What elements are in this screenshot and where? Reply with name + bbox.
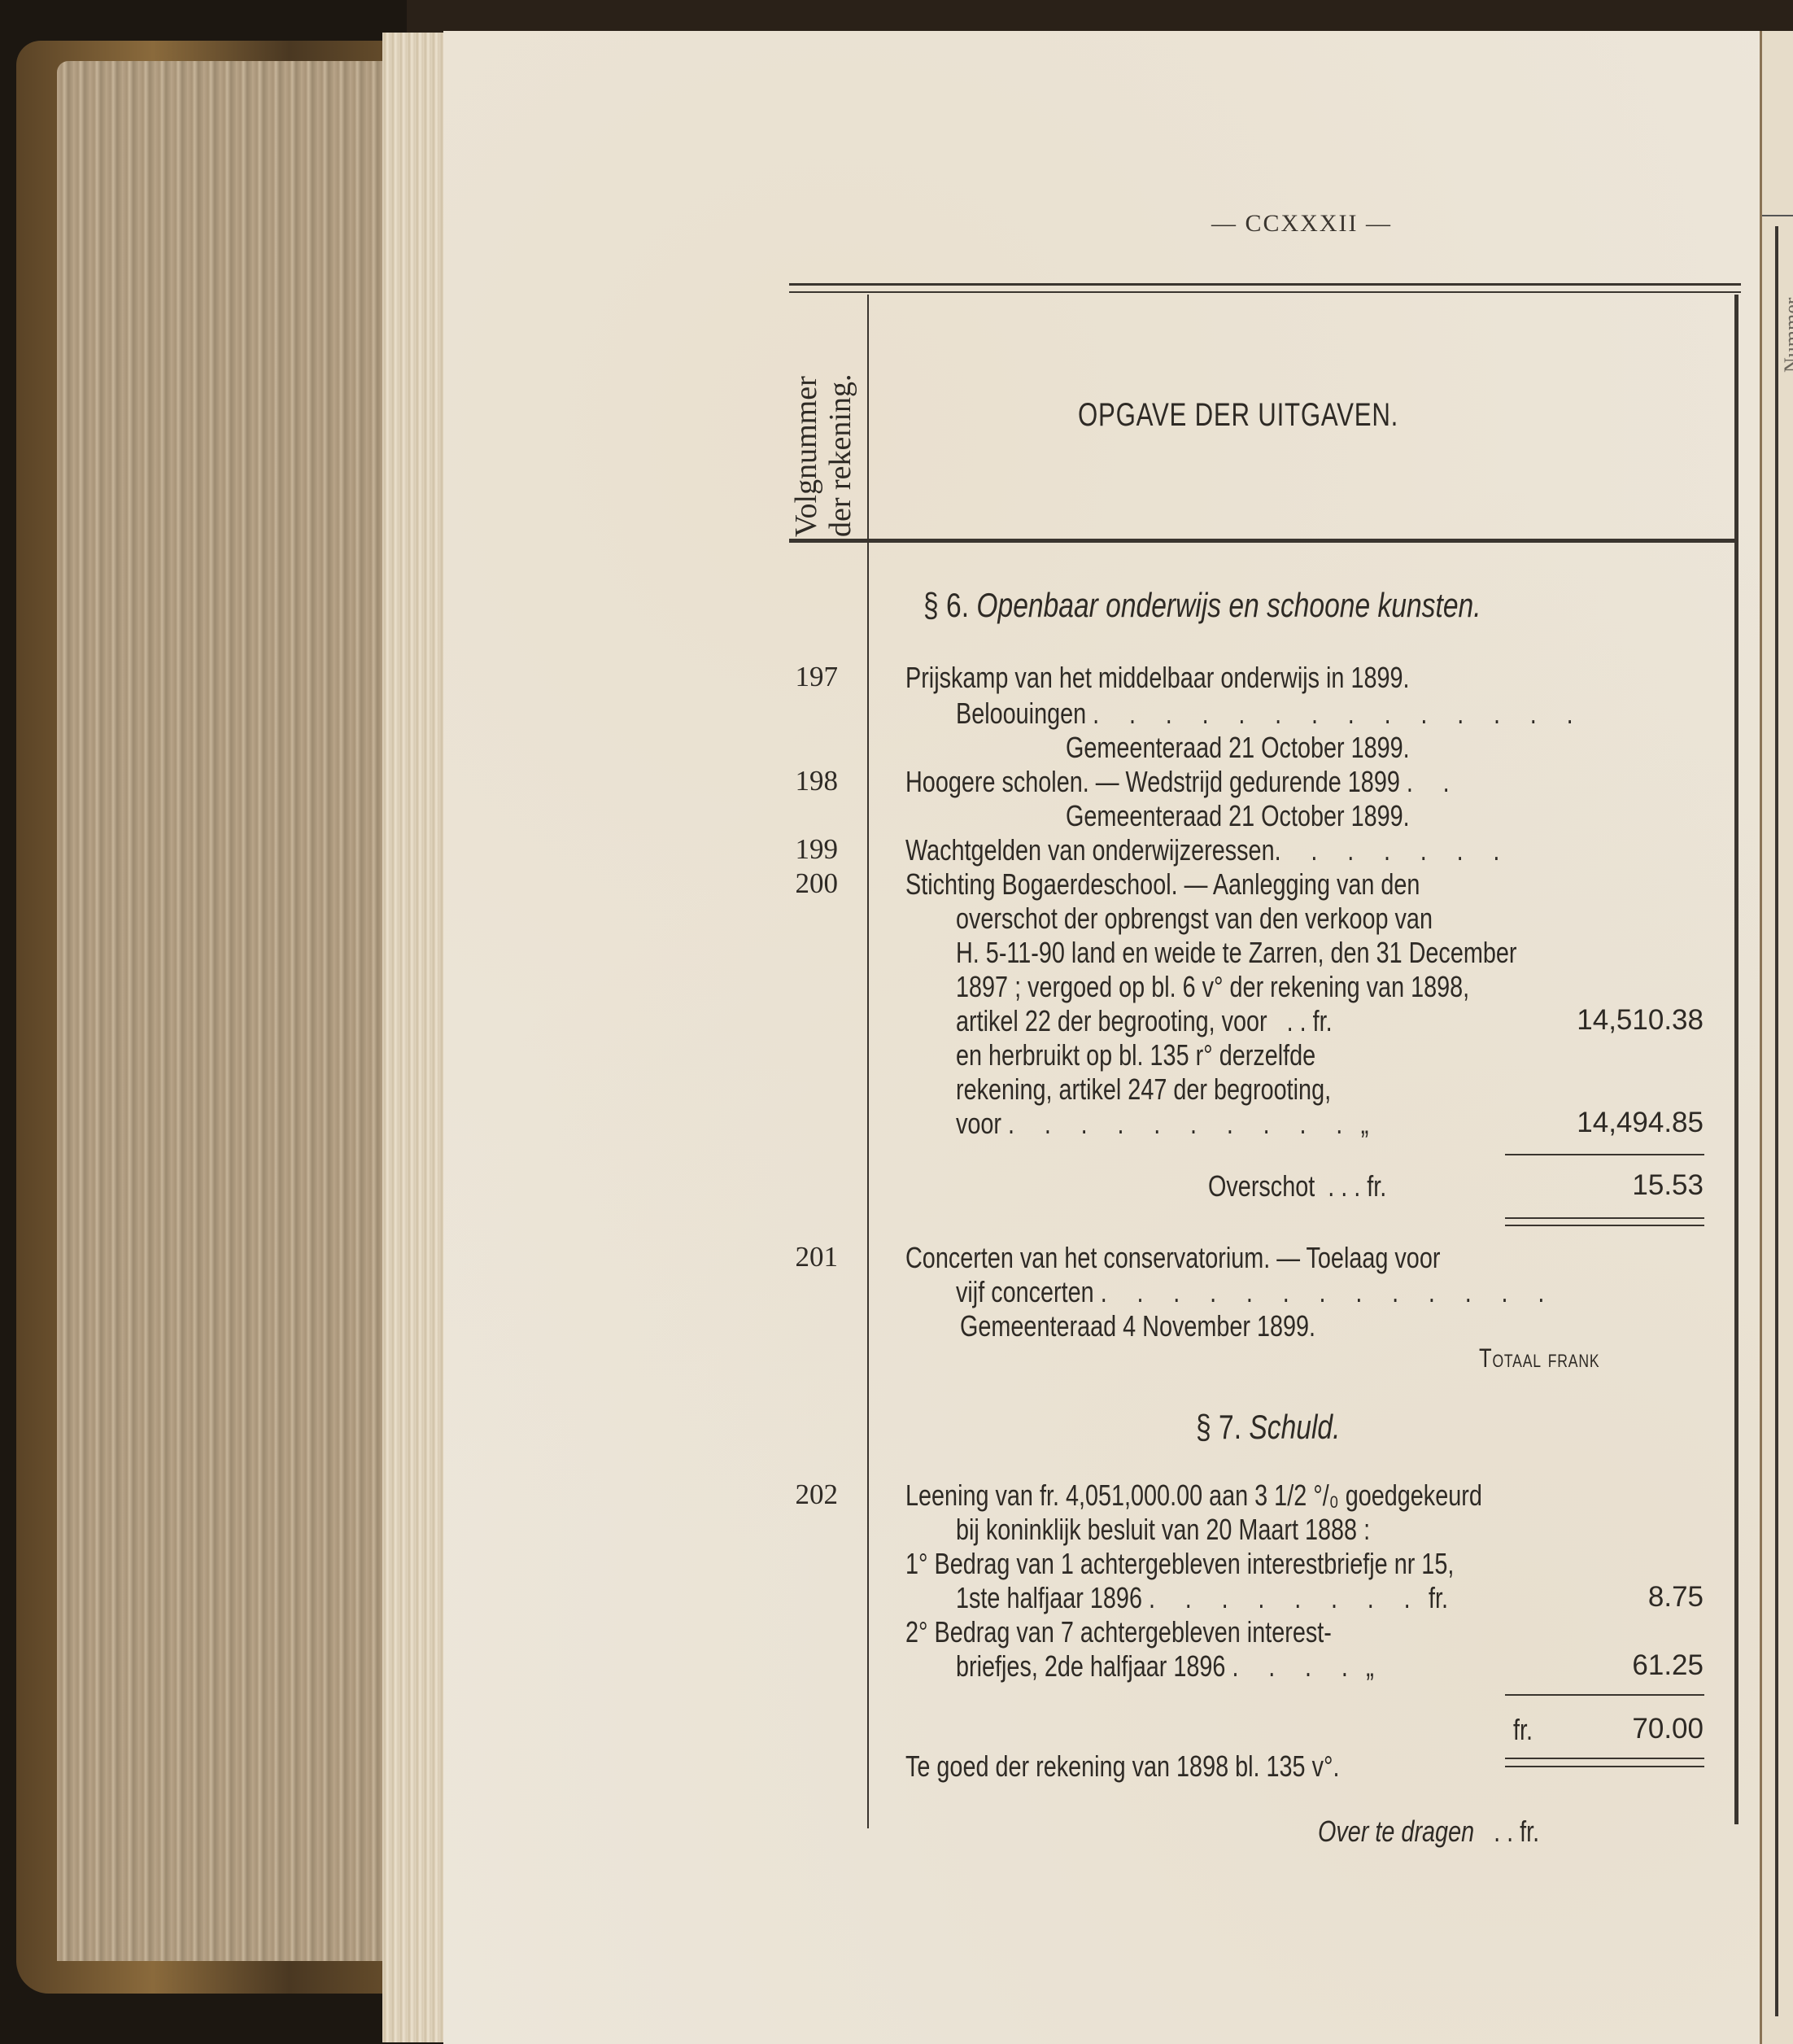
subtotal-amount: 70.00 (1632, 1713, 1704, 1745)
entry-reference: Gemeenteraad 21 October 1899. (1066, 799, 1704, 833)
entry-text: Leening van fr. 4,051,000.00 aan 3 1/2 °… (905, 1478, 1543, 1513)
entry-text: vijf concerten . . . . . . . . . . . . . (956, 1275, 1594, 1309)
double-rule (1505, 1225, 1704, 1226)
entry-text: Hoogere scholen. — Wedstrijd gedurende 1… (905, 765, 1543, 799)
entry-text: overschot der opbrengst van den verkoop … (956, 902, 1594, 936)
entry-item: 2° Bedrag van 7 achtergebleven interest- (905, 1615, 1543, 1649)
amount: 61.25 (1632, 1649, 1704, 1682)
entry-text: Wachtgelden van onderwijzeressen. . . . … (905, 833, 1543, 867)
entry-text: rekening, artikel 247 der begrooting, (956, 1072, 1594, 1107)
section-7-heading: § 7. Schuld. (1196, 1408, 1340, 1447)
entry-number: 201 (781, 1241, 838, 1273)
entry-item: 1° Bedrag van 1 achtergebleven interestb… (905, 1547, 1543, 1581)
page-number: — CCXXXII — (1139, 210, 1464, 238)
total-label: Totaal frank (1479, 1343, 1793, 1374)
entry-reference: Gemeenteraad 21 October 1899. (1066, 731, 1704, 765)
double-rule (1505, 1217, 1704, 1219)
credit-line: Te goed der rekening van 1898 bl. 135 v°… (905, 1749, 1543, 1784)
double-rule (1505, 1758, 1704, 1759)
double-rule (1505, 1766, 1704, 1767)
entry-item: 1ste halfjaar 1896 . . . . . . . . fr. (956, 1581, 1594, 1615)
column-header-volgnummer: Volgnummer der rekening. (789, 374, 857, 537)
overschot-label: Overschot . . . fr. (1208, 1169, 1793, 1203)
entry-text: Concerten van het conservatorium. — Toel… (905, 1241, 1543, 1275)
entry-text: 1897 ; vergoed op bl. 6 v° der rekening … (956, 970, 1594, 1004)
entry-reference: Gemeenteraad 4 November 1899. (960, 1309, 1598, 1343)
entry-item: briefjes, 2de halfjaar 1896 . . . . „ (956, 1649, 1594, 1684)
sum-rule (1505, 1154, 1704, 1155)
section-6-heading: § 6. Openbaar onderwijs en schoone kunst… (923, 586, 1481, 625)
entry-text: Stichting Bogaerdeschool. — Aanlegging v… (905, 867, 1543, 902)
sum-rule (1505, 1694, 1704, 1696)
amount: 14,494.85 (1577, 1107, 1704, 1139)
entry-text: Prijskamp van het middelbaar onderwijs i… (905, 661, 1543, 695)
header-double-rule-bottom (789, 291, 1741, 293)
entry-text: voor . . . . . . . . . . „ (956, 1107, 1594, 1141)
entry-number: 200 (781, 867, 838, 900)
right-border-rule (1734, 295, 1738, 1824)
scan-background-top (407, 0, 1793, 33)
entry-text: bij koninklijk besluit van 20 Maart 1888… (956, 1513, 1594, 1547)
entry-text: en herbruikt op bl. 135 r° derzelfde (956, 1038, 1594, 1072)
book-page-block (57, 61, 419, 1961)
adjacent-page-rule (1762, 215, 1793, 216)
adjacent-page-label: Nummer (1780, 298, 1793, 373)
header-double-rule-top (789, 283, 1741, 286)
column-header-title: OPGAVE DER UITGAVEN. (1078, 397, 1398, 434)
entry-text: H. 5-11-90 land en weide te Zarren, den … (956, 936, 1594, 970)
adjacent-page-column-rule (1775, 226, 1778, 2016)
entry-number: 198 (781, 765, 838, 797)
amount: 8.75 (1648, 1581, 1704, 1614)
carry-forward-label: Over te dragen . . fr. (1318, 1815, 1793, 1849)
column-divider (867, 295, 869, 1828)
entry-text: artikel 22 der begrooting, voor . . fr. (956, 1004, 1594, 1038)
overschot-amount: 15.53 (1632, 1169, 1704, 1202)
amount: 14,510.38 (1577, 1004, 1704, 1037)
entry-text: Beloouingen . . . . . . . . . . . . . . (956, 697, 1594, 731)
header-bottom-rule (789, 539, 1737, 543)
entry-number: 199 (781, 833, 838, 866)
entry-number: 197 (781, 661, 838, 693)
entry-number: 202 (781, 1478, 838, 1511)
